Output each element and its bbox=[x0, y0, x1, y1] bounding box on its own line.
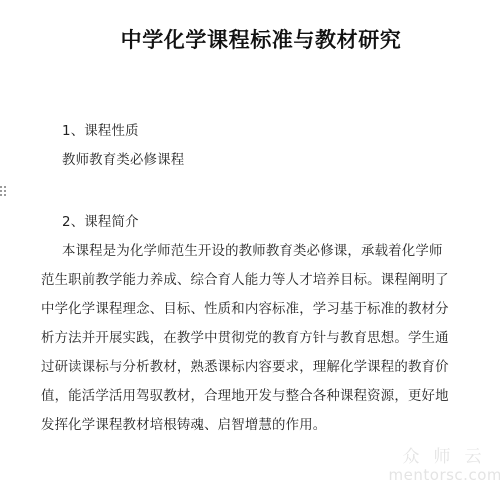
section-body-line: 析方法并开展实践，在教学中贯彻党的教育方针与教育思想。学生通 bbox=[41, 330, 449, 348]
section-body-line: 教师教育类必修课程 bbox=[62, 152, 184, 170]
watermark: 众师云 mentorsc.com bbox=[388, 448, 500, 484]
watermark-chinese: 众师云 bbox=[388, 448, 500, 466]
drag-dot bbox=[4, 190, 6, 192]
document-title: 中学化学课程标准与教材研究 bbox=[0, 24, 500, 54]
section-body-line: 发挥化学课程教材培根铸魂、启智增慧的作用。 bbox=[41, 417, 326, 435]
document-page: 中学化学课程标准与教材研究 1、课程性质 教师教育类必修课程 2、课程简介 本课… bbox=[0, 0, 500, 487]
section-heading-2: 2、课程简介 bbox=[62, 214, 139, 232]
drag-dot bbox=[4, 186, 6, 188]
section-body-line: 过研读课标与分析教材，熟悉课标内容要求，理解化学课程的教育价 bbox=[41, 359, 449, 377]
section-body-line: 值，能活学活用驾驭教材，合理地开发与整合各种课程资源，更好地 bbox=[41, 388, 449, 406]
section-body-line: 中学化学课程理念、目标、性质和内容标准，学习基于标准的教材分 bbox=[41, 301, 449, 319]
section-body-line: 范生职前教学能力养成、综合育人能力等人才培养目标。课程阐明了 bbox=[41, 272, 449, 290]
drag-dot bbox=[0, 186, 2, 188]
section-heading-1: 1、课程性质 bbox=[62, 123, 139, 141]
section-body-line: 本课程是为化学师范生开设的教师教育类必修课，承载着化学师 bbox=[62, 243, 443, 261]
drag-dot bbox=[0, 194, 2, 196]
drag-handle-icon[interactable] bbox=[0, 186, 8, 198]
watermark-url: mentorsc.com bbox=[388, 466, 500, 484]
drag-dot bbox=[0, 190, 2, 192]
drag-dot bbox=[4, 194, 6, 196]
